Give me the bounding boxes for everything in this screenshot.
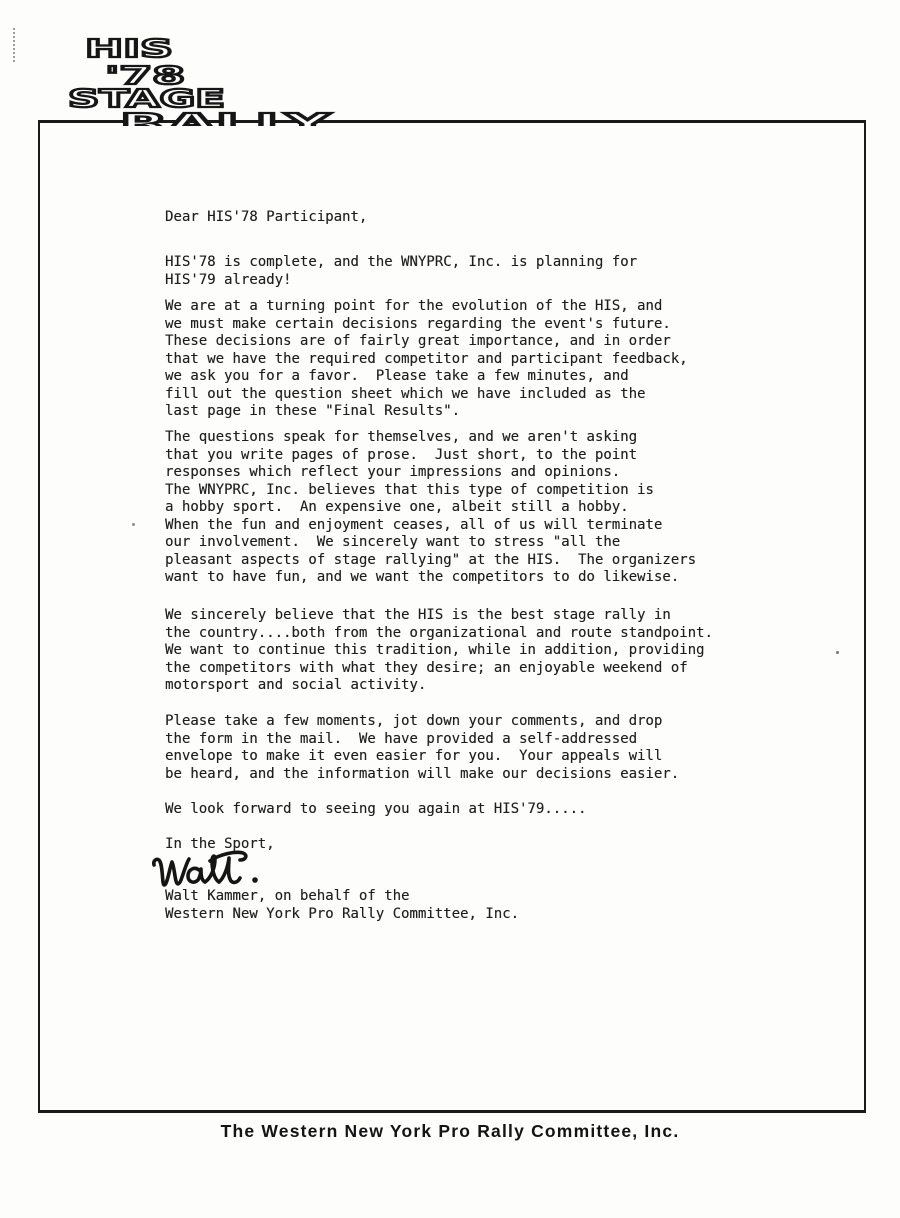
- scan-artifact: [13, 28, 15, 62]
- signature-stroke-t: [219, 858, 240, 882]
- signoff-block: Walt Kammer, on behalf of the Western Ne…: [165, 888, 519, 923]
- signature-stroke-a: [188, 868, 205, 882]
- closing-line: We look forward to seeing you again at H…: [165, 801, 586, 819]
- his78-stage-rally-logo: HIS '78 STAGE RALLY: [30, 14, 370, 126]
- logo-word-rally: RALLY: [120, 109, 333, 126]
- scan-artifact: [132, 523, 135, 526]
- paragraph-4: We sincerely believe that the HIS is the…: [165, 607, 713, 695]
- walt-signature: [150, 849, 280, 893]
- scan-artifact: [836, 651, 839, 654]
- paragraph-3: The questions speak for themselves, and …: [165, 429, 696, 587]
- footer-committee-name: The Western New York Pro Rally Committee…: [0, 1121, 900, 1142]
- paragraph-5: Please take a few moments, jot down your…: [165, 713, 679, 783]
- paragraph-2: We are at a turning point for the evolut…: [165, 298, 688, 421]
- signature-period: [252, 877, 258, 883]
- scanned-letter-page: HIS '78 STAGE RALLY Dear HIS'78 Particip…: [0, 0, 900, 1218]
- logo-word-his: HIS: [85, 34, 173, 63]
- greeting: Dear HIS'78 Participant,: [165, 209, 367, 227]
- paragraph-1: HIS'78 is complete, and the WNYPRC, Inc.…: [165, 254, 637, 289]
- signature-stroke-w: [154, 859, 189, 885]
